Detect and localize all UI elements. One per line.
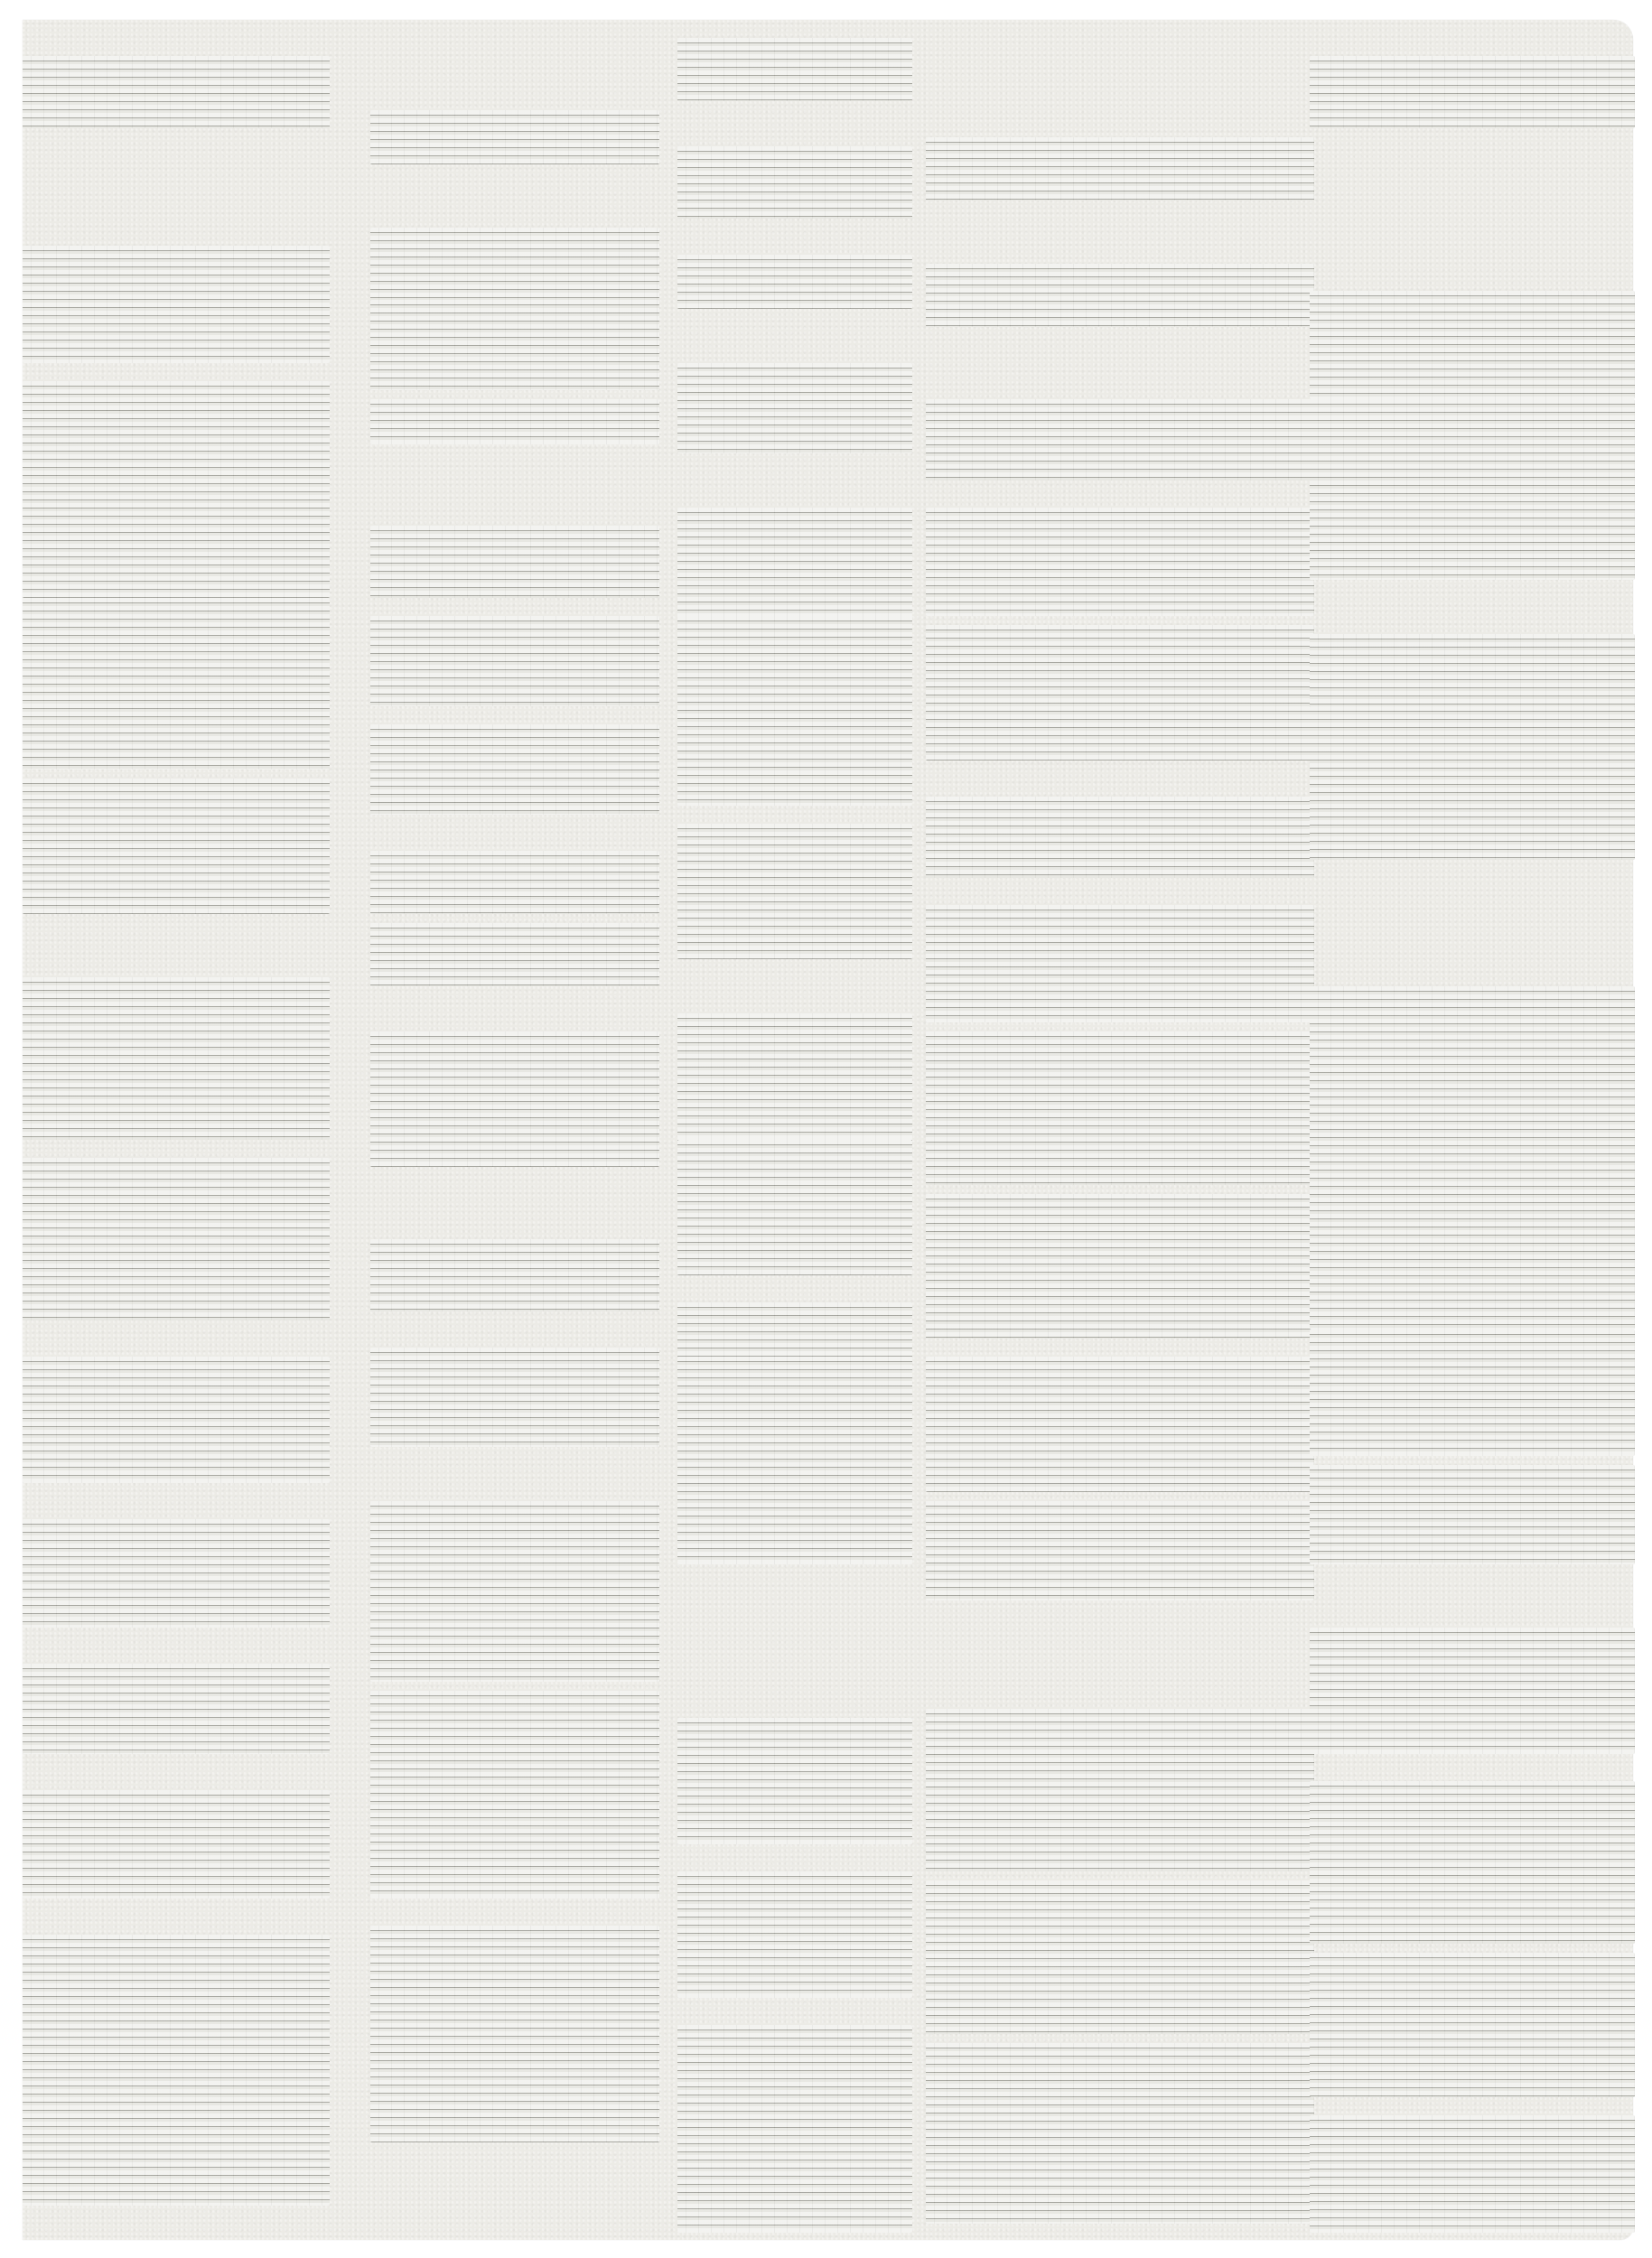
loop-pile-block — [677, 1718, 912, 1844]
loop-pile-block — [370, 110, 659, 164]
loop-pile-block — [1310, 399, 1635, 580]
loop-pile-block — [677, 146, 912, 219]
loop-pile-block — [677, 363, 912, 453]
loop-pile-block — [926, 1709, 1314, 1871]
loop-pile-block — [1310, 706, 1635, 860]
loop-pile-block — [23, 1790, 330, 1899]
loop-pile-block — [677, 1871, 912, 1998]
loop-pile-block — [677, 38, 912, 101]
loop-pile-block — [926, 137, 1314, 201]
loop-pile-block — [23, 779, 330, 914]
loop-pile-block — [926, 264, 1314, 327]
loop-pile-block — [677, 616, 912, 806]
loop-pile-block — [926, 625, 1314, 760]
loop-pile-block — [1310, 2115, 1635, 2233]
loop-pile-block — [23, 1158, 330, 1320]
loop-pile-block — [926, 1880, 1314, 2034]
loop-pile-block — [677, 824, 912, 959]
loop-pile-block — [23, 598, 330, 770]
loop-pile-block — [1310, 986, 1635, 1158]
loop-pile-block — [370, 1501, 659, 1682]
loop-pile-block — [1310, 1953, 1635, 2097]
loop-pile-block — [23, 1519, 330, 1628]
loop-pile-block — [370, 300, 659, 390]
loop-pile-block — [1310, 1149, 1635, 1330]
loop-pile-block — [23, 1935, 330, 2206]
loop-pile-block — [926, 508, 1314, 616]
loop-pile-block — [23, 56, 330, 128]
loop-pile-block — [370, 1691, 659, 1899]
loop-pile-block — [370, 724, 659, 815]
loop-pile-block — [926, 1357, 1314, 1492]
loop-pile-block — [23, 977, 330, 1140]
rug — [23, 20, 1633, 2240]
loop-pile-block — [677, 1357, 912, 1564]
loop-pile-block — [370, 851, 659, 914]
loop-pile-block — [370, 1348, 659, 1447]
loop-pile-block — [370, 923, 659, 986]
loop-pile-block — [677, 1140, 912, 1275]
loop-pile-block — [677, 255, 912, 309]
loop-pile-block — [370, 616, 659, 706]
loop-pile-block — [370, 399, 659, 444]
loop-pile-block — [926, 2043, 1314, 2224]
loop-pile-block — [926, 1501, 1314, 1600]
loop-pile-block — [926, 797, 1314, 878]
loop-pile-block — [370, 1926, 659, 2142]
loop-pile-block — [370, 1239, 659, 1311]
loop-pile-block — [370, 228, 659, 309]
loop-pile-block — [677, 508, 912, 634]
loop-pile-block — [926, 905, 1314, 1022]
loop-pile-block — [1310, 1628, 1635, 1754]
loop-pile-block — [926, 399, 1314, 481]
loop-pile-block — [926, 1031, 1314, 1185]
loop-pile-block — [1310, 1781, 1635, 1944]
loop-pile-block — [370, 1031, 659, 1167]
loop-pile-block — [926, 1194, 1314, 1339]
loop-pile-block — [1310, 56, 1635, 128]
loop-pile-block — [1310, 1465, 1635, 1564]
loop-pile-block — [370, 526, 659, 598]
loop-pile-block — [23, 246, 330, 363]
loop-pile-block — [1310, 291, 1635, 399]
loop-pile-block — [1310, 1330, 1635, 1456]
loop-pile-block — [677, 2025, 912, 2233]
loop-pile-block — [23, 1357, 330, 1483]
loop-pile-block — [23, 381, 330, 598]
loop-pile-block — [23, 1664, 330, 1754]
